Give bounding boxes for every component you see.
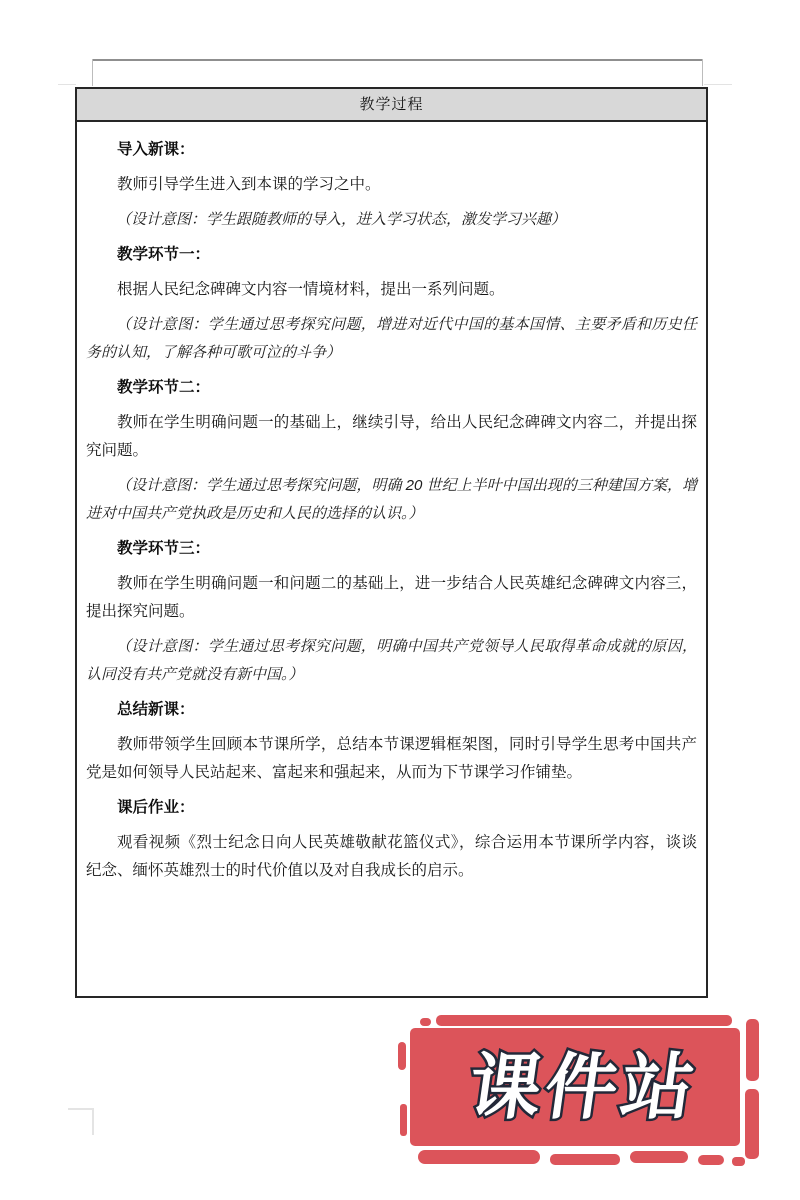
text-boundary-mark-top-right bbox=[704, 84, 732, 85]
body-paragraph: 教师在学生明确问题一和问题二的基础上，进一步结合人民英雄纪念碑碑文内容三，提出探… bbox=[86, 570, 697, 626]
design-intent-paragraph: （设计意图：学生跟随教师的导入，进入学习状态，激发学习兴趣） bbox=[86, 206, 697, 234]
section-heading: 教学环节三： bbox=[86, 535, 697, 563]
body-paragraph: 观看视频《烈士纪念日向人民英雄敬献花篮仪式》，综合运用本节课所学内容，谈谈纪念、… bbox=[86, 829, 697, 885]
section-heading: 课后作业： bbox=[86, 794, 697, 822]
kejianzhan-stamp-watermark: 课件站 bbox=[398, 1012, 764, 1174]
teaching-process-table: 教学过程 导入新课：教师引导学生进入到本课的学习之中。（设计意图：学生跟随教师的… bbox=[75, 87, 708, 998]
previous-table-border-line bbox=[92, 59, 703, 61]
design-intent-paragraph: （设计意图：学生通过思考探究问题，明确中国共产党领导人民取得革命成就的原因，认同… bbox=[86, 633, 697, 689]
text-boundary-mark-bottom-left bbox=[68, 1108, 94, 1110]
body-paragraph: 教师在学生明确问题一的基础上，继续引导，给出人民纪念碑碑文内容二，并提出探究问题… bbox=[86, 409, 697, 465]
section-heading: 教学环节一： bbox=[86, 241, 697, 269]
design-intent-paragraph: （设计意图：学生通过思考探究问题，增进对近代中国的基本国情、主要矛盾和历史任务的… bbox=[86, 311, 697, 367]
stamp-text: 课件站 bbox=[464, 1048, 703, 1128]
text-boundary-mark-bottom-left bbox=[92, 1108, 94, 1135]
document-page: 教学过程 导入新课：教师引导学生进入到本课的学习之中。（设计意图：学生跟随教师的… bbox=[0, 0, 800, 1200]
body-paragraph: 教师引导学生进入到本课的学习之中。 bbox=[86, 171, 697, 199]
page-boundary-tick-left bbox=[92, 59, 93, 86]
page-boundary-tick-right bbox=[702, 59, 703, 86]
section-heading: 总结新课： bbox=[86, 696, 697, 724]
section-heading: 导入新课： bbox=[86, 136, 697, 164]
section-heading: 教学环节二： bbox=[86, 374, 697, 402]
body-paragraph: 教师带领学生回顾本节课所学，总结本节课逻辑框架图，同时引导学生思考中国共产党是如… bbox=[86, 731, 697, 787]
text-boundary-mark-top-left bbox=[58, 84, 76, 85]
body-paragraph: 根据人民纪念碑碑文内容一情境材料，提出一系列问题。 bbox=[86, 276, 697, 304]
table-body-cell: 导入新课：教师引导学生进入到本课的学习之中。（设计意图：学生跟随教师的导入，进入… bbox=[77, 122, 706, 899]
design-intent-paragraph: （设计意图：学生通过思考探究问题，明确 20 世纪上半叶中国出现的三种建国方案，… bbox=[86, 472, 697, 528]
table-header-cell: 教学过程 bbox=[77, 89, 706, 122]
